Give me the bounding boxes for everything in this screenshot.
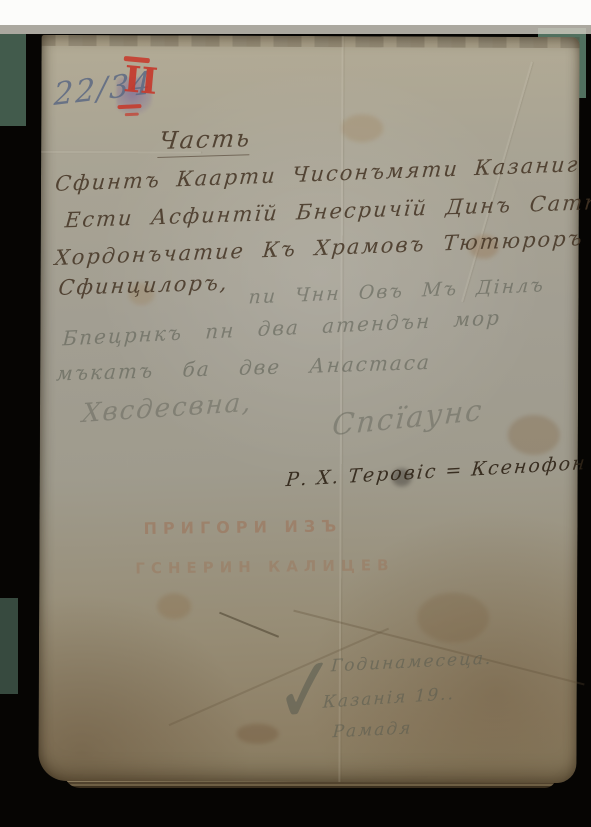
pencil-line-2: Бпецрнкъ пн два атендън мор (62, 305, 502, 350)
stain (508, 415, 560, 455)
pencil-line-4: Хвсдесвна, (81, 388, 254, 429)
tear-mark (219, 612, 279, 638)
title-line-3: Хордонъчатие Къ Храмовъ Тютюроръ (54, 226, 585, 270)
crease-line (461, 62, 533, 303)
pencil-line-5: Спсїаунс (331, 393, 485, 443)
title-line-1: Сфинтъ Каарти Чисонъмяти Казаниг (54, 152, 580, 196)
photo-top-margin (0, 0, 591, 25)
title-line-2: Ести Асфинтїй Бнесричїй Динъ Сатѣ (64, 190, 591, 232)
red-underline-2 (125, 113, 139, 117)
pencil-line-3: мъкатъ ба две Анастаса (55, 350, 432, 386)
faded-stamp-line-1: ПРИГОРИ ИЗЪ (143, 516, 342, 538)
bottom-pencil-line-2: Казанiя 19.. (322, 684, 455, 713)
stain (417, 592, 489, 642)
signature: Р. Х. Теровіс = Ксенофон (285, 452, 588, 491)
pencil-line-1: пи Чнн Овъ Мъ Дінлъ (248, 274, 546, 308)
manuscript-photo: 22/34 II Часть Сфинтъ Каарти Чисонъмяти … (0, 0, 591, 827)
part-numeral-red: II (114, 52, 160, 121)
bottom-pencil-line-3: Рамадя (332, 718, 413, 742)
stain (341, 114, 383, 142)
faded-stamp-line-2: ГСНЕРИН КАЛИЦЕВ (135, 556, 394, 577)
title-line-4: Сфинцилоръ, (57, 271, 229, 300)
red-underline (117, 104, 141, 109)
title-line-part: Часть (158, 124, 253, 155)
pencil-checkmark: ✓ (272, 635, 339, 747)
manuscript-page: 22/34 II Часть Сфинтъ Каарти Чисонъмяти … (38, 35, 579, 783)
bottom-pencil-line-1: Годинамесеца. (330, 649, 493, 677)
red-numeral: II (122, 58, 159, 103)
stain (157, 593, 191, 619)
backdrop-edge-band (0, 25, 591, 34)
stain (237, 724, 279, 744)
